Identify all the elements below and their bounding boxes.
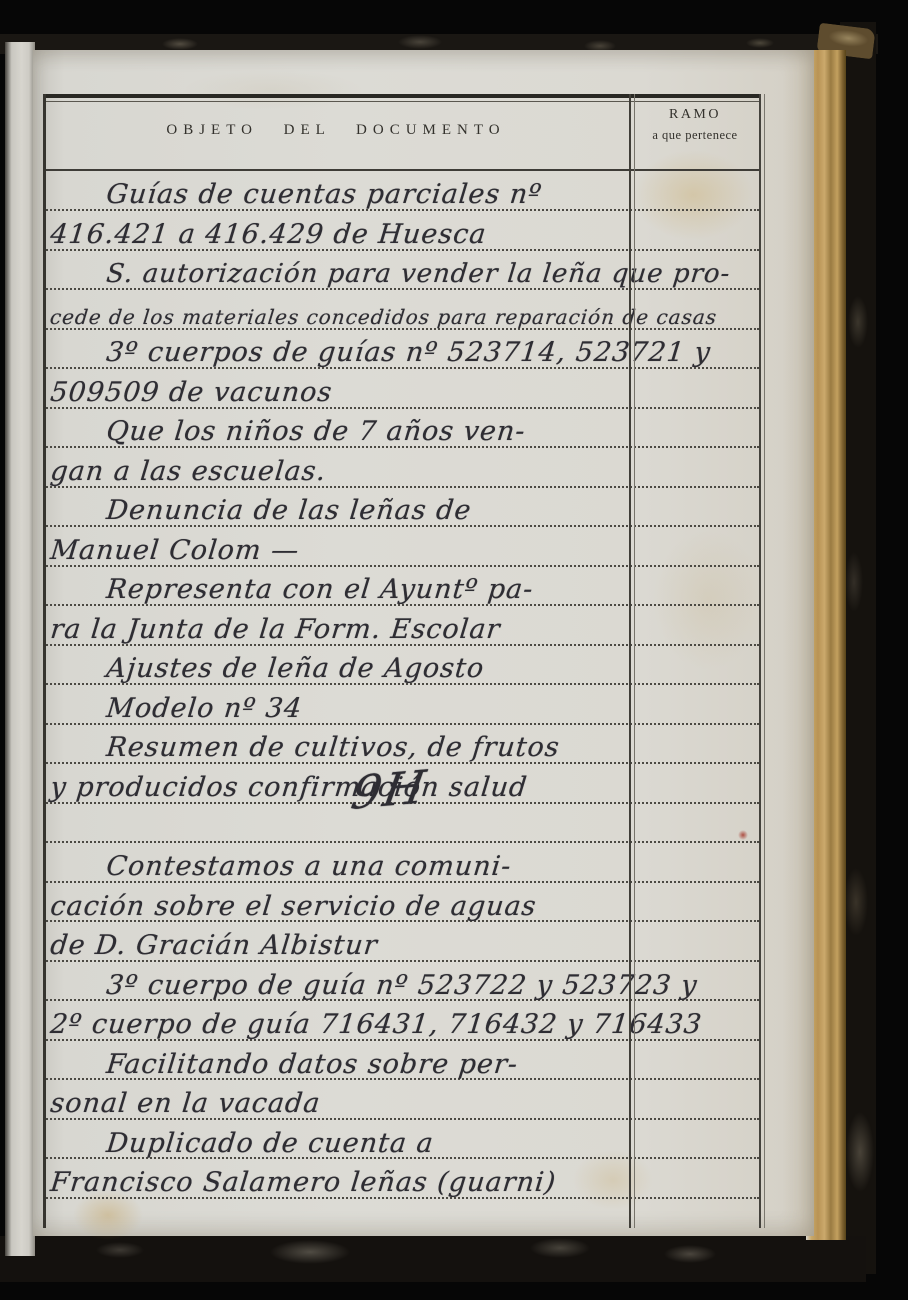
ledger-entry-line: Contestamos a una comuni- [43, 841, 759, 883]
ledger-entry-line: Modelo nº 34 [43, 683, 759, 725]
ledger-entry-line: Resumen de cultivos, de frutos [43, 723, 759, 765]
handwritten-text: Contestamos a una comuni- [43, 855, 513, 881]
ledger-entry-line: sonal en la vacada [43, 1078, 759, 1120]
handwritten-text: Denuncia de las leñas de [43, 499, 473, 525]
ledger-entry-line: S. autorización para vender la leña que … [43, 249, 759, 291]
table-right-border-echo [764, 94, 765, 1228]
handwritten-text: ra la Junta de la Form. Escolar [43, 618, 502, 644]
book-photo: OBJETO DEL DOCUMENTO RAMO a que pertenec… [0, 0, 908, 1300]
ledger-entry-line: Manuel Colom — [43, 525, 759, 567]
handwritten-text: Facilitando datos sobre per- [43, 1053, 519, 1079]
ledger-entry-line: de D. Gracián Albistur [43, 920, 759, 962]
handwritten-text: Manuel Colom — [43, 539, 300, 565]
ledger-entry-line: 416.421 a 416.429 de Huesca [43, 209, 759, 251]
ledger-entry-line: 509509 de vacunos [43, 367, 759, 409]
ledger-entry-line: Duplicado de cuenta a [43, 1118, 759, 1160]
handwritten-text: de D. Gracián Albistur [43, 934, 379, 960]
handwritten-text: sonal en la vacada [43, 1092, 322, 1118]
handwritten-text: Que los niños de 7 años ven- [43, 420, 527, 446]
handwritten-text: 509509 de vacunos [43, 381, 334, 407]
rubric-flourish: 9H [43, 802, 759, 844]
ledger-page: OBJETO DEL DOCUMENTO RAMO a que pertenec… [33, 50, 814, 1236]
column-divider-echo [634, 94, 635, 1228]
handwritten-text: gan a las escuelas. [43, 460, 327, 486]
handwritten-text: Modelo nº 34 [43, 697, 303, 723]
ledger-entry-line: cede de los materiales concedidos para r… [43, 288, 759, 330]
handwritten-text: cede de los materiales concedidos para r… [43, 308, 718, 327]
ledger-entry-line: Guías de cuentas parciales nº [43, 170, 759, 212]
column-divider [629, 94, 631, 1228]
handwritten-text: cación sobre el servicio de aguas [43, 895, 538, 921]
ledger-entry-line: gan a las escuelas. [43, 446, 759, 488]
ledger-entry-line: ra la Junta de la Form. Escolar [43, 604, 759, 646]
handwritten-text: Duplicado de cuenta a [43, 1132, 435, 1158]
ledger-entry-line: Ajustes de leña de Agosto [43, 644, 759, 686]
table-right-border [759, 94, 761, 1228]
ledger-entry-line: 3º cuerpos de guías nº 523714, 523721 y [43, 328, 759, 370]
handwritten-text: Ajustes de leña de Agosto [43, 657, 485, 683]
ledger-entry-line: Facilitando datos sobre per- [43, 1039, 759, 1081]
handwritten-text: 3º cuerpo de guía nº 523722 y 523723 y [43, 974, 699, 1000]
facing-page-edge [5, 42, 35, 1256]
book-cover-bottom-edge [0, 1236, 866, 1282]
ledger-rows: Guías de cuentas parciales nº416.421 a 4… [33, 50, 814, 1236]
handwritten-text: Representa con el Ayuntº pa- [43, 578, 535, 604]
handwritten-text: 3º cuerpos de guías nº 523714, 523721 y [43, 341, 712, 367]
table-left-border [43, 94, 46, 1228]
ledger-entry-line: Que los niños de 7 años ven- [43, 407, 759, 449]
handwritten-text: Resumen de cultivos, de frutos [43, 736, 561, 762]
handwritten-text: Guías de cuentas parciales nº [43, 183, 543, 209]
handwritten-text: Francisco Salamero leñas (guarni) [43, 1171, 557, 1197]
handwritten-text: 2º cuerpo de guía 716431, 716432 y 71643… [43, 1013, 703, 1039]
ledger-entry-line: Representa con el Ayuntº pa- [43, 565, 759, 607]
ledger-entry-line: Denuncia de las leñas de [43, 486, 759, 528]
handwritten-text: 416.421 a 416.429 de Huesca [43, 223, 488, 249]
ledger-entry-line: cación sobre el servicio de aguas [43, 881, 759, 923]
ledger-entry-line: Francisco Salamero leñas (guarni) [43, 1158, 759, 1200]
ledger-entry-line: 3º cuerpo de guía nº 523722 y 523723 y [43, 960, 759, 1002]
ledger-entry-line: 2º cuerpo de guía 716431, 716432 y 71643… [43, 999, 759, 1041]
